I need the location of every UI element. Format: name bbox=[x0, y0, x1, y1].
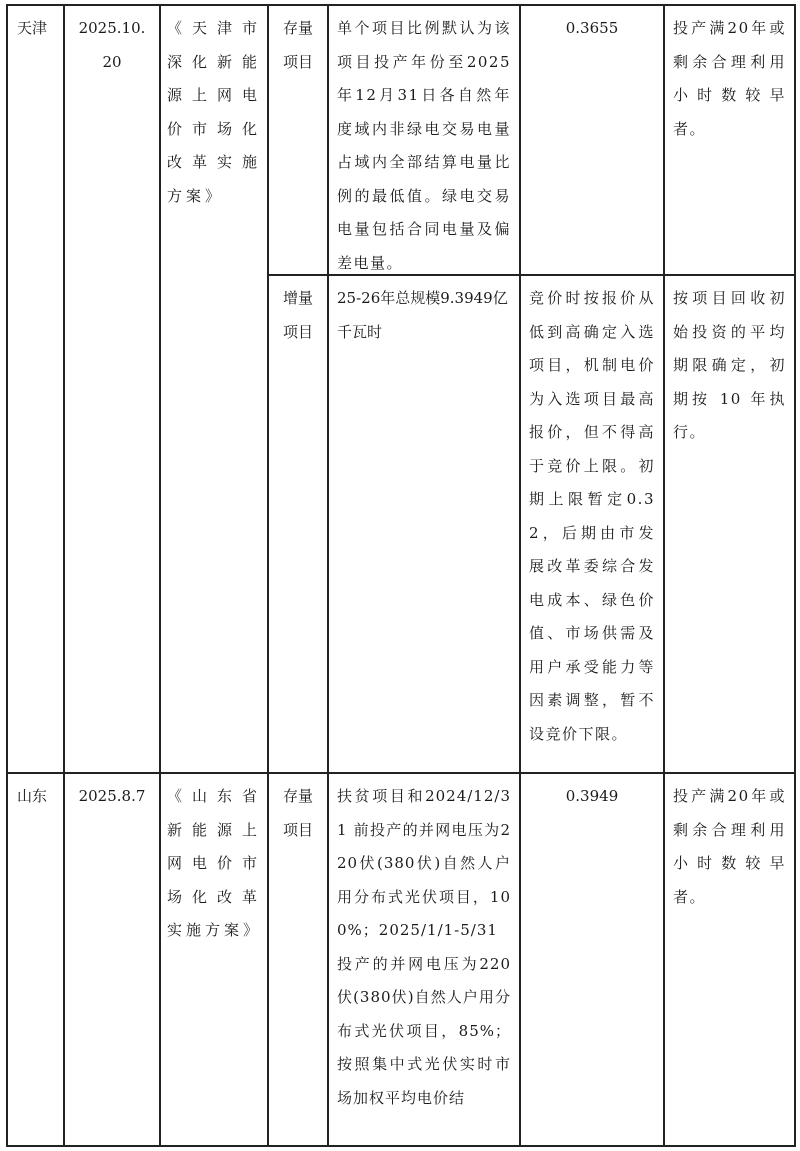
price-cell: 0.3655 bbox=[521, 6, 663, 46]
scale-cell: 扶贫项目和2024/12/31 前投产的并网电压为220伏(380伏)自然人户用… bbox=[329, 774, 519, 1145]
date-cell: 2025.10.20 bbox=[65, 6, 159, 79]
document-cell: 《山东省新能源上网电价市场化改革实施方案》 bbox=[161, 774, 267, 948]
column-divider bbox=[63, 5, 65, 1146]
period-cell: 按项目回收初始投资的平均期限确定，初期按 10 年执行。 bbox=[665, 276, 794, 450]
column-divider bbox=[663, 5, 665, 1146]
province-cell: 天津 bbox=[8, 6, 63, 46]
project-type-cell: 存量项目 bbox=[269, 774, 327, 847]
date-cell: 2025.8.7 bbox=[65, 774, 159, 814]
scale-cell: 25-26年总规模9.3949亿千瓦时 bbox=[329, 276, 519, 349]
table-border-right bbox=[794, 5, 796, 1146]
document-cell: 《天津市深化新能源上网电价市场化改革实施方案》 bbox=[161, 6, 267, 213]
price-cell: 0.3949 bbox=[521, 774, 663, 814]
policy-table: 天津 2025.10.20 《天津市深化新能源上网电价市场化改革实施方案》 存量… bbox=[0, 0, 800, 1151]
column-divider bbox=[267, 5, 269, 1146]
table-border-left bbox=[6, 5, 8, 1146]
province-cell: 山东 bbox=[8, 774, 63, 814]
price-cell: 竞价时按报价从低到高确定入选项目，机制电价为入选项目最高报价，但不得高于竞价上限… bbox=[521, 276, 663, 751]
project-type-cell: 增量项目 bbox=[269, 276, 327, 349]
scale-cell: 单个项目比例默认为该项目投产年份至2025年12月31日各自然年度域内非绿电交易… bbox=[329, 6, 519, 280]
project-type-cell: 存量项目 bbox=[269, 6, 327, 79]
period-cell: 投产满20年或剩余合理利用小时数较早者。 bbox=[665, 774, 794, 914]
table-border-bottom bbox=[6, 1145, 796, 1147]
period-cell: 投产满20年或剩余合理利用小时数较早者。 bbox=[665, 6, 794, 146]
